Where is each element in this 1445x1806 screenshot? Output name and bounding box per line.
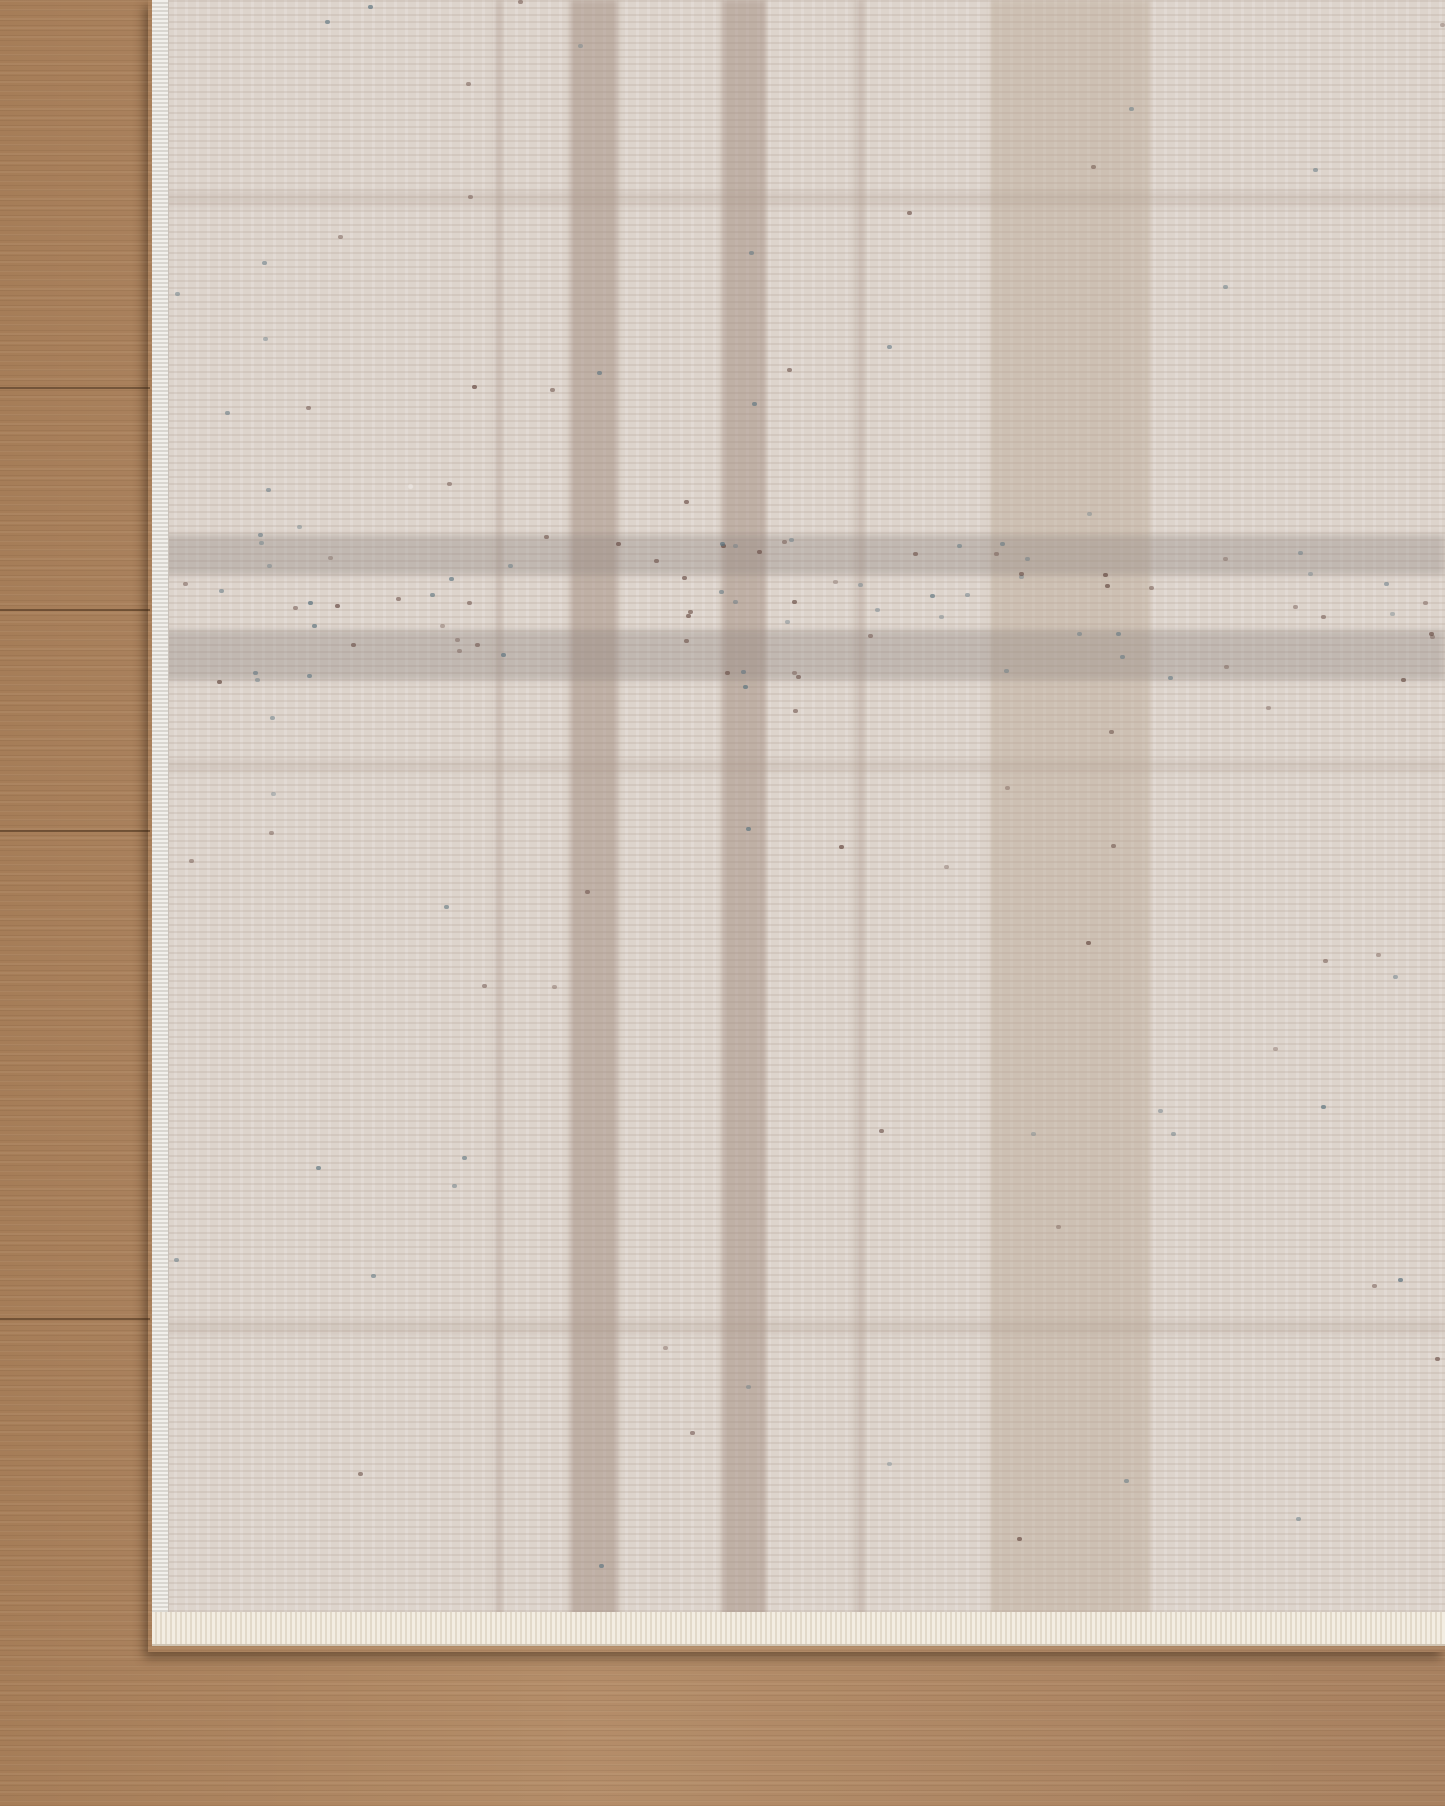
rug-fleck (1298, 551, 1303, 555)
rug-vertical-stripe (855, 0, 865, 1622)
rug-fleck (518, 0, 523, 4)
rug-fleck (544, 535, 549, 539)
rug-fleck (1171, 1132, 1176, 1136)
rug-fleck (255, 678, 260, 682)
rug-fleck (1313, 168, 1318, 172)
rug-fleck (316, 1166, 321, 1170)
rug-fleck (1031, 1132, 1036, 1136)
rug-fleck (1390, 612, 1395, 616)
rug-fleck (371, 1274, 376, 1278)
rug-fleck (1323, 959, 1328, 963)
rug-end-fringe (152, 1612, 1445, 1646)
rug-fleck (306, 406, 311, 410)
rug-fleck (746, 827, 751, 831)
rug-fleck (743, 685, 748, 689)
rug-horizontal-band (152, 1320, 1445, 1334)
rug-fleck (217, 680, 222, 684)
rug-fleck (472, 385, 477, 389)
rug-fleck (1103, 573, 1108, 577)
rug-fleck (175, 292, 180, 296)
rug-side-binding (152, 0, 169, 1625)
rug-fleck (1149, 586, 1154, 590)
rug-fleck (466, 82, 471, 86)
rug-fleck (174, 1258, 179, 1262)
rug-fleck (1398, 1278, 1403, 1282)
rug-fleck (939, 615, 944, 619)
rug-fleck (682, 576, 687, 580)
rug-vertical-stripe (990, 0, 1150, 1622)
rug-vertical-stripe (495, 0, 503, 1622)
rug-fleck (616, 542, 621, 546)
rug-horizontal-band (152, 760, 1445, 772)
rug-fleck (752, 402, 757, 406)
rug-fleck (930, 594, 935, 598)
rug-fleck (725, 671, 730, 675)
rug-fleck (440, 624, 445, 628)
rug-fleck (1384, 582, 1389, 586)
rug-fleck (482, 984, 487, 988)
rug-fleck (749, 251, 754, 255)
rug-fleck (792, 600, 797, 604)
rug-fleck (690, 1431, 695, 1435)
rug-fleck (455, 638, 460, 642)
rug-fleck (879, 1129, 884, 1133)
rug-fleck (501, 653, 506, 657)
rug-fleck (308, 601, 313, 605)
rug-vertical-stripe (722, 0, 766, 1622)
rug-fleck (1321, 615, 1326, 619)
rug-fleck (259, 541, 264, 545)
plank-seam (0, 609, 150, 611)
plank-seam (0, 387, 150, 389)
rug-fleck (452, 1184, 457, 1188)
rug-fleck (1019, 572, 1024, 576)
rug-fleck (839, 845, 844, 849)
rug-fleck (335, 604, 340, 608)
rug-fleck (269, 831, 274, 835)
rug-fleck (396, 597, 401, 601)
rug-fleck (1372, 1284, 1377, 1288)
rug-fleck (183, 582, 188, 586)
rug-fleck (550, 388, 555, 392)
rug-fleck (746, 1385, 751, 1389)
rug-fleck (297, 525, 302, 529)
rug-fleck (1321, 1105, 1326, 1109)
rug-fleck (1223, 285, 1228, 289)
rug-fleck (858, 583, 863, 587)
rug-horizontal-band (152, 535, 1445, 575)
rug-fleck (720, 542, 725, 546)
rug-fleck (449, 577, 454, 581)
rug-fleck (944, 865, 949, 869)
rug-fleck (1440, 23, 1445, 27)
rug-fleck (1105, 584, 1110, 588)
rug-fleck (1435, 1357, 1440, 1361)
rug-fleck (325, 20, 330, 24)
rug-fleck (552, 985, 557, 989)
rug-fleck (1158, 1109, 1163, 1113)
rug-fleck (663, 1346, 668, 1350)
rug-fleck (225, 411, 230, 415)
rug-fleck (1004, 669, 1009, 673)
rug-fleck (219, 589, 224, 593)
rug-fleck (430, 593, 435, 597)
rug-fleck (266, 488, 271, 492)
rug-fleck (686, 614, 691, 618)
rug-fleck (1266, 706, 1271, 710)
rug-fleck (1273, 1047, 1278, 1051)
rug-fleck (1224, 665, 1229, 669)
rug-fleck (796, 675, 801, 679)
rug-fleck (189, 859, 194, 863)
rug-field (152, 0, 1445, 1622)
rug-fleck (1293, 605, 1298, 609)
rug-fleck (1168, 676, 1173, 680)
rug-fleck (1296, 1517, 1301, 1521)
rug-fleck (994, 552, 999, 556)
rug-fleck (338, 235, 343, 239)
rug-horizontal-band (152, 630, 1445, 680)
plank-seam (0, 830, 150, 832)
rug-fleck (684, 639, 689, 643)
rug-fleck (907, 211, 912, 215)
rug-fleck (597, 371, 602, 375)
rug-fleck (887, 1462, 892, 1466)
rug-fleck (684, 500, 689, 504)
rug-fleck (1393, 975, 1398, 979)
rug-horizontal-band (152, 192, 1445, 206)
rug-fleck (1129, 107, 1134, 111)
rug-fleck (1423, 601, 1428, 605)
rug-fleck (312, 624, 317, 628)
rug-fleck (444, 905, 449, 909)
rug-fleck (467, 601, 472, 605)
rug-fleck (741, 670, 746, 674)
rug-fleck (1087, 512, 1092, 516)
rug-fleck (270, 716, 275, 720)
rug-fleck (1376, 953, 1381, 957)
rug-fleck (757, 550, 762, 554)
rug-fleck (447, 482, 452, 486)
rug-fleck (307, 674, 312, 678)
rug-fleck (1401, 678, 1406, 682)
plank-seam (0, 1318, 150, 1320)
rug-fleck (368, 5, 373, 9)
rug-fleck (787, 368, 792, 372)
rug-fleck (1111, 844, 1116, 848)
rug-fleck (887, 345, 892, 349)
rug-fleck (1308, 572, 1313, 576)
rug-fleck (1005, 786, 1010, 790)
rug-fleck (1025, 557, 1030, 561)
rug-fleck (293, 606, 298, 610)
rug-fleck (263, 337, 268, 341)
rug-vertical-stripe (570, 0, 618, 1622)
rug-fleck (262, 261, 267, 265)
rug-fleck (258, 533, 263, 537)
rug-fleck (833, 580, 838, 584)
rug-fleck (957, 544, 962, 548)
rug-fleck (358, 1472, 363, 1476)
rug-fleck (875, 608, 880, 612)
rug-fleck (1109, 730, 1114, 734)
rug-fleck (793, 709, 798, 713)
rug-fleck (253, 671, 258, 675)
rug-fleck (785, 620, 790, 624)
rug-fleck (965, 593, 970, 597)
rug-fleck (462, 1156, 467, 1160)
rug-fleck (271, 792, 276, 796)
